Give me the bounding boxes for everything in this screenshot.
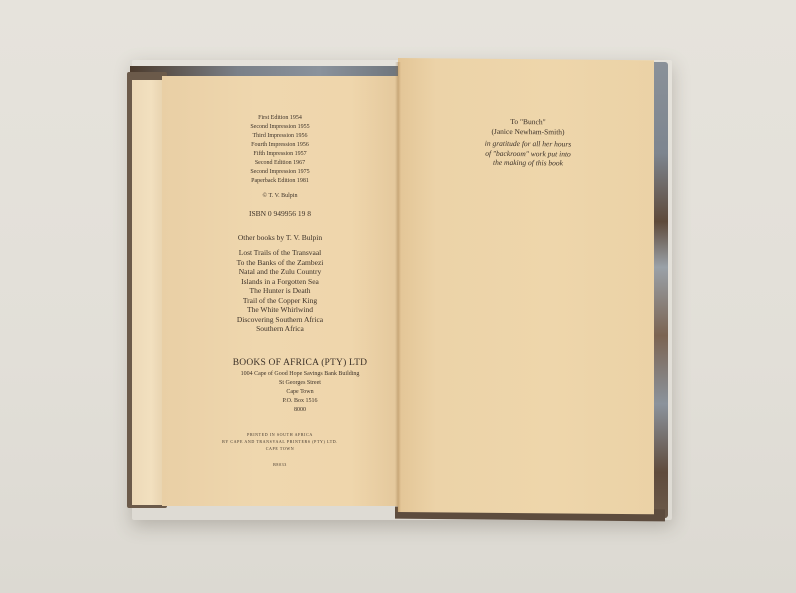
publisher-name: BOOKS OF AFRICA (PTY) LTD	[202, 358, 398, 369]
book-title: Lost Trails of the Transvaal	[162, 248, 398, 258]
dedication-line: (Janice Newham-Smith)	[448, 126, 608, 137]
flyleaf	[132, 80, 165, 505]
address-line: St Georges Street	[202, 379, 398, 388]
right-page: To "Bunch" (Janice Newham-Smith) in grat…	[398, 58, 654, 514]
address-line: 8000	[202, 406, 398, 415]
publisher-address: 1004 Cape of Good Hope Savings Bank Buil…	[202, 370, 398, 415]
edition-line: Second Impression 1975	[162, 168, 398, 177]
other-books-list: Lost Trails of the Transvaal To the Bank…	[162, 248, 398, 334]
edition-line: Second Edition 1967	[162, 159, 398, 168]
dedication-line: the making of this book	[448, 157, 608, 168]
address-line: P.O. Box 1516	[202, 397, 398, 406]
book-title: The Hunter is Death	[162, 286, 398, 296]
book-title: Southern Africa	[162, 324, 398, 334]
book-title: The White Whirlwind	[162, 305, 398, 315]
edition-line: Fourth Impression 1956	[162, 141, 398, 150]
dedication-message: in gratitude for all her hours of "backr…	[448, 138, 608, 168]
book-title: Trail of the Copper King	[162, 296, 398, 306]
dedication-recipient: To "Bunch" (Janice Newham-Smith)	[448, 116, 608, 136]
edition-line: Third Impression 1956	[162, 132, 398, 141]
address-line: Cape Town	[202, 388, 398, 397]
printer-line: CAPE TOWN	[162, 445, 398, 452]
edition-line: First Edition 1954	[162, 114, 398, 123]
book-title: Discovering Southern Africa	[162, 315, 398, 325]
printer-line: BY CAPE AND TRANSVAAL PRINTERS (PTY) LTD…	[162, 438, 398, 445]
book-gutter	[395, 62, 401, 512]
book-title: Natal and the Zulu Country	[162, 267, 398, 277]
printer-line: PRINTED IN SOUTH AFRICA	[162, 431, 398, 438]
edition-line: Fifth Impression 1957	[162, 150, 398, 159]
book-title: To the Banks of the Zambezi	[162, 258, 398, 268]
edition-history: First Edition 1954 Second Impression 195…	[162, 114, 398, 186]
print-code: B8033	[162, 461, 398, 468]
edition-line: Second Impression 1955	[162, 123, 398, 132]
printer-info: PRINTED IN SOUTH AFRICA BY CAPE AND TRAN…	[162, 431, 398, 452]
other-books-heading: Other books by T. V. Bulpin	[162, 233, 398, 243]
edition-line: Paperback Edition 1981	[162, 177, 398, 186]
copyright-notice: © T. V. Bulpin	[162, 192, 398, 201]
isbn: ISBN 0 949956 19 8	[162, 209, 398, 219]
address-line: 1004 Cape of Good Hope Savings Bank Buil…	[202, 370, 398, 379]
left-page: First Edition 1954 Second Impression 195…	[162, 76, 398, 506]
book-title: Islands in a Forgotten Sea	[162, 277, 398, 287]
